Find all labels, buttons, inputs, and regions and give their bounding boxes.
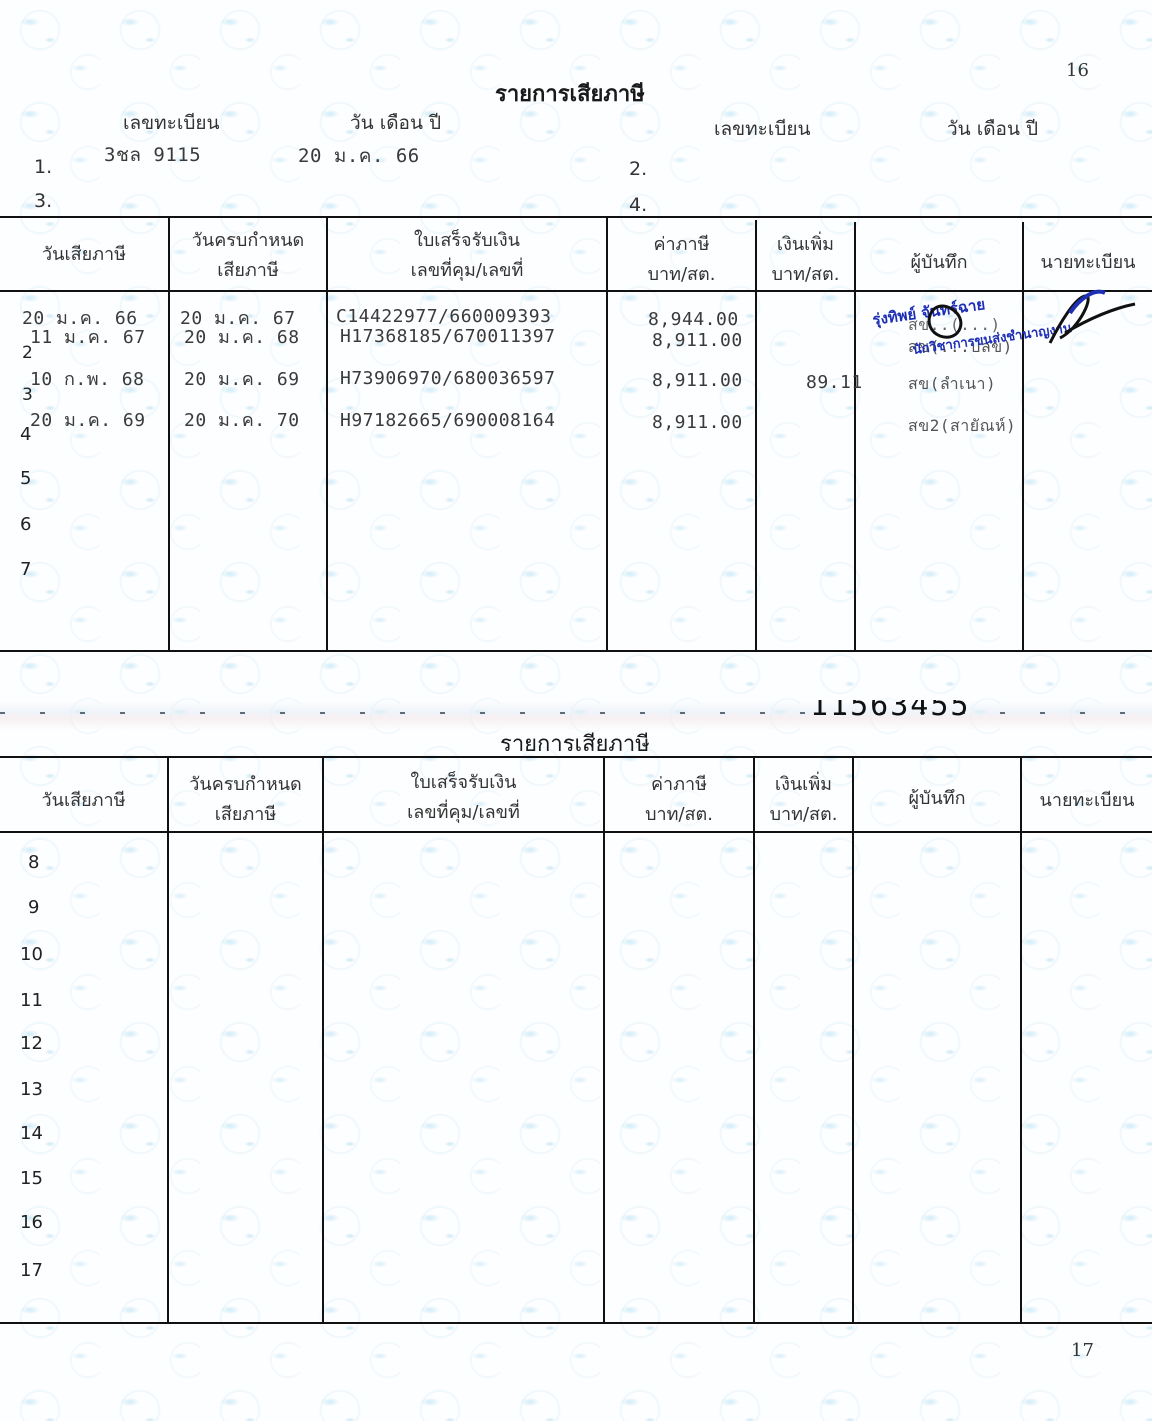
due-date: 20 ม.ค. 70 [184, 405, 300, 434]
row-number: 3 [22, 385, 33, 405]
entry-index-3: 3. [34, 190, 52, 212]
serial-number-text: 11563455 [810, 700, 971, 722]
header-text: ใบเสร็จรับเงิน [328, 226, 606, 256]
tax-amount: 8,911.00 [652, 370, 743, 391]
receipt-number: C14422977/660009393 [336, 306, 551, 327]
row-number: 8 [28, 852, 39, 873]
header-text: เสียภาษี [169, 800, 322, 830]
header-text: เสียภาษี [170, 256, 326, 286]
column-divider [1020, 756, 1022, 1324]
registration-label-2: เลขทะเบียน [714, 114, 811, 144]
header-surcharge: เงินเพิ่ม บาท/สต. [757, 230, 854, 290]
header-tax: ค่าภาษี บาท/สต. [608, 230, 755, 290]
header-receipt: ใบเสร็จรับเงิน เลขที่คุม/เลขที่ [324, 768, 603, 828]
header-recorder: ผู้บันทึก [854, 784, 1020, 814]
tax-amount: 8,911.00 [652, 330, 743, 351]
header-text: บาท/สต. [605, 800, 753, 830]
header-registrar: นายทะเบียน [1024, 248, 1152, 278]
row-number: 4 [20, 424, 31, 445]
receipt-number: H17368185/670011397 [340, 326, 555, 347]
row-number: 12 [20, 1033, 43, 1054]
page-title: รายการเสียภาษี [495, 76, 645, 111]
tax-amount: 8,911.00 [652, 412, 743, 433]
paid-date: 20 ม.ค. 69 [30, 405, 146, 434]
header-text: บาท/สต. [755, 800, 852, 830]
row-number: 7 [20, 559, 31, 580]
header-receipt: ใบเสร็จรับเงิน เลขที่คุม/เลขที่ [328, 226, 606, 286]
due-date: 20 ม.ค. 68 [184, 322, 300, 351]
date-label-1: วัน เดือน ปี [350, 108, 441, 138]
row-number: 10 [20, 944, 43, 965]
registration-date: 20 ม.ค. 66 [298, 141, 420, 171]
row-number: 17 [20, 1260, 43, 1281]
binding-stitches [0, 712, 1152, 714]
header-text: วันครบกำหนด [169, 770, 322, 800]
serial-number: 11563455 [810, 700, 971, 722]
paid-date: 11 ม.ค. 67 [30, 322, 146, 351]
paid-date: 10 ก.พ. 68 [30, 364, 144, 393]
table-border [0, 1322, 1152, 1324]
signature-icon [900, 288, 1140, 358]
date-label-2: วัน เดือน ปี [947, 114, 1038, 144]
header-due-date: วันครบกำหนด เสียภาษี [169, 770, 322, 830]
header-surcharge: เงินเพิ่ม บาท/สต. [755, 770, 852, 830]
header-paid-date: วันเสียภาษี [0, 240, 168, 270]
table-border [0, 756, 1152, 758]
column-divider [854, 222, 856, 652]
column-divider [753, 756, 755, 1324]
row-number: 13 [20, 1079, 43, 1100]
header-text: เงินเพิ่ม [757, 230, 854, 260]
header-text: ค่าภาษี [608, 230, 755, 260]
header-recorder: ผู้บันทึก [856, 248, 1022, 278]
row-number: 15 [20, 1168, 43, 1189]
row-number: 14 [20, 1123, 43, 1144]
table-border [0, 831, 1152, 833]
header-text: ค่าภาษี [605, 770, 753, 800]
row-number: 11 [20, 990, 43, 1011]
surcharge-amount: 89.11 [806, 372, 863, 393]
header-text: เลขที่คุม/เลขที่ [324, 798, 603, 828]
header-tax: ค่าภาษี บาท/สต. [605, 770, 753, 830]
row-number: 5 [20, 468, 31, 489]
registration-plate: 3ชล 9115 [104, 140, 201, 170]
row-number: 6 [20, 514, 31, 535]
receipt-number: H97182665/690008164 [340, 410, 555, 431]
row-number: 16 [20, 1212, 43, 1233]
registration-label-1: เลขทะเบียน [123, 108, 220, 138]
page-number: 16 [1066, 60, 1089, 81]
column-divider [322, 756, 324, 1324]
column-divider [852, 756, 854, 1324]
tax-amount: 8,944.00 [648, 309, 739, 330]
table-border [0, 650, 1152, 652]
header-text: เงินเพิ่ม [755, 770, 852, 800]
page-number-bottom: 17 [1071, 1340, 1094, 1361]
column-divider [167, 756, 169, 1324]
entry-index-2: 2. [629, 158, 647, 180]
header-due-date: วันครบกำหนด เสียภาษี [170, 226, 326, 286]
recorder-name: สข2(สายัณห์) [908, 414, 1016, 439]
header-paid-date: วันเสียภาษี [0, 786, 167, 816]
header-text: บาท/สต. [757, 260, 854, 290]
recorder-name: สข(ลำเนา) [908, 372, 996, 397]
header-text: วันครบกำหนด [170, 226, 326, 256]
header-text: ใบเสร็จรับเงิน [324, 768, 603, 798]
header-registrar: นายทะเบียน [1022, 786, 1152, 816]
row-number: 2 [22, 343, 33, 363]
due-date: 20 ม.ค. 69 [184, 364, 300, 393]
column-divider [1022, 222, 1024, 652]
entry-index-1: 1. [34, 156, 52, 178]
entry-index-4: 4. [629, 194, 647, 216]
header-text: บาท/สต. [608, 260, 755, 290]
table-border [0, 216, 1152, 218]
header-text: เลขที่คุม/เลขที่ [328, 256, 606, 286]
column-divider [603, 756, 605, 1324]
receipt-number: H73906970/680036597 [340, 368, 555, 389]
row-number: 9 [28, 897, 39, 918]
